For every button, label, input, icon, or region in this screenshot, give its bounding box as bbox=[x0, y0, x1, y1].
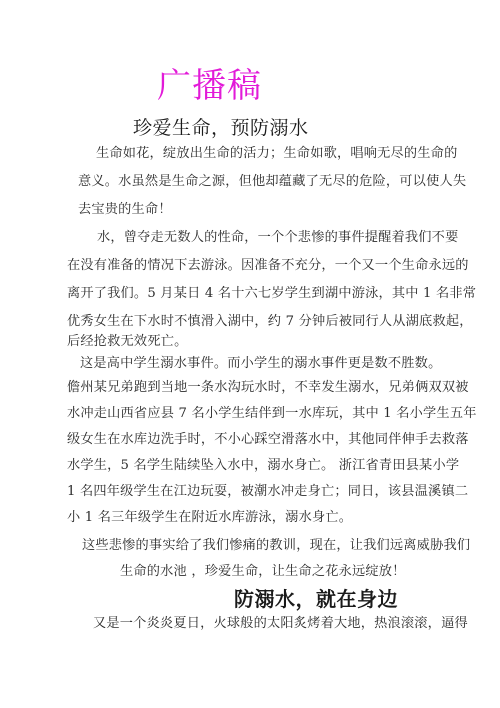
document-page: 广播稿 珍爱生命，预防溺水 生命如花，绽放出生命的活力；生命如歌，唱响无尽的生命… bbox=[0, 0, 500, 708]
paragraph-line: 水冲走山西省应县 7 名小学生结伴到一水库玩，其中 1 名小学生五年 bbox=[67, 406, 477, 422]
paragraph-line: 水，曾夺走无数人的性命，一个个悲惨的事件提醒着我们不要 bbox=[97, 230, 458, 246]
document-title: 广播稿 bbox=[157, 66, 262, 106]
document-subtitle: 珍爱生命，预防溺水 bbox=[133, 116, 309, 140]
paragraph-line: 级女生在水库边洗手时，不小心踩空滑落水中，其他同伴伸手去救落 bbox=[67, 432, 469, 448]
paragraph-line: 意义。水虽然是生命之源，但他却蕴藏了无尽的危险，可以使人失 bbox=[78, 174, 466, 190]
paragraph-line: 儋州某兄弟跑到当地一条水沟玩水时，不幸发生溺水，兄弟俩双双被 bbox=[67, 380, 469, 396]
paragraph-line: 优秀女生在下水时不慎滑入湖中，约 7 分钟后被同行人从湖底救起， bbox=[67, 314, 473, 330]
paragraph-line: 1 名四年级学生在江边玩耍，被潮水冲走身亡；同日，该县温溪镇二 bbox=[67, 484, 468, 500]
paragraph-line: 水学生，5 名学生陆续坠入水中，溺水身亡。 浙江省青田县某小学 bbox=[67, 458, 459, 474]
paragraph-line: 这些悲惨的事实给了我们惨痛的教训，现在，让我们远离威胁我们 bbox=[82, 538, 470, 554]
paragraph-line: 生命的水池 ，珍爱生命，让生命之花永远绽放！ bbox=[120, 564, 406, 580]
paragraph-line: 小 1 名三年级学生在附近水库游泳，溺水身亡。 bbox=[67, 510, 352, 526]
paragraph-line: 在没有准备的情况下去游泳。因准备不充分，一个又一个生命永远的 bbox=[67, 258, 469, 274]
paragraph-line: 离开了我们。5 月某日 4 名十六七岁学生到湖中游泳，其中 1 名非常 bbox=[67, 286, 476, 302]
section-heading: 防溺水，就在身边 bbox=[234, 586, 398, 612]
paragraph-line: 又是一个炎炎夏日，火球般的太阳炙烤着大地，热浪滚滚，逼得 bbox=[93, 616, 468, 632]
paragraph-line: 生命如花，绽放出生命的活力；生命如歌，唱响无尽的生命的 bbox=[96, 146, 457, 162]
paragraph-line: 这是高中学生溺水事件。而小学生的溺水事件更是数不胜数。 bbox=[80, 356, 441, 372]
paragraph-line: 去宝贵的生命！ bbox=[78, 202, 172, 218]
paragraph-line: 后经抢救无效死亡。 bbox=[67, 334, 188, 350]
